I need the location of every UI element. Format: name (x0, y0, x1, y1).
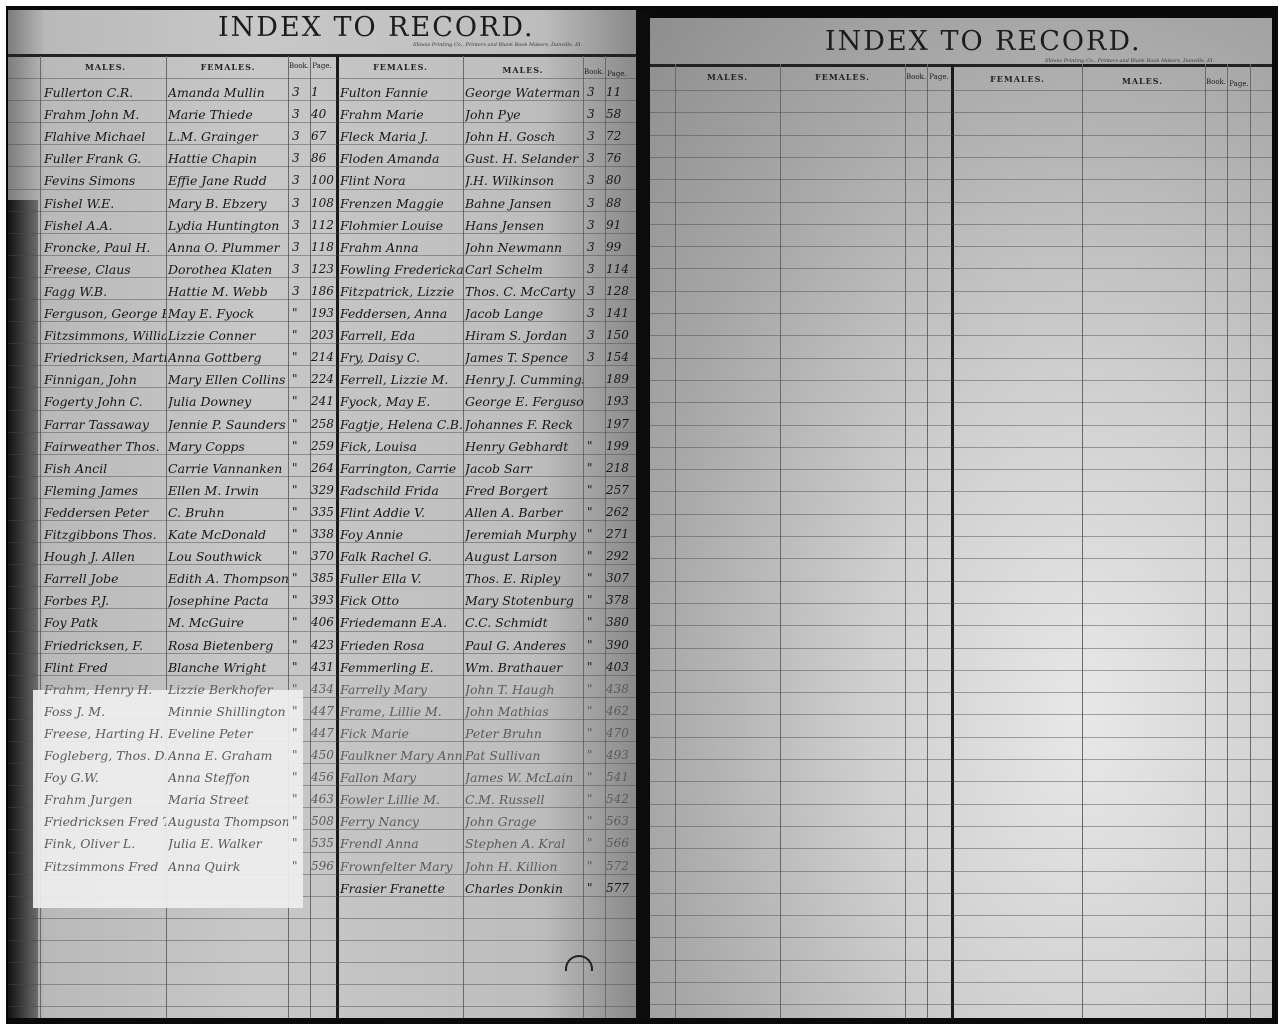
book-number: 3 (587, 350, 603, 364)
header-page: Page. (927, 73, 951, 81)
male-name: Fitzsimmons Fred (44, 859, 166, 874)
book-number: " (292, 748, 308, 762)
male-name: Fevins Simons (44, 173, 166, 188)
ruled-line (650, 804, 1272, 805)
male-name: Thos. C. McCarty (465, 284, 583, 299)
ruled-line (650, 202, 1272, 203)
male-name: Hans Jensen (465, 218, 583, 233)
ruled-line (650, 335, 1272, 336)
table-row: Fevins SimonsEffie Jane Rudd3100Flint No… (8, 173, 636, 195)
male-name: Fullerton C.R. (44, 85, 166, 100)
male-name: Freese, Claus (44, 262, 166, 277)
female-name: Fadschild Frida (340, 483, 464, 498)
ruled-line (650, 871, 1272, 872)
book-number: 3 (587, 85, 603, 99)
female-name: M. McGuire (168, 615, 288, 630)
ruled-line (650, 603, 1272, 604)
book-number: " (587, 571, 603, 585)
page-number: 403 (606, 660, 634, 674)
book-number: 3 (292, 218, 308, 232)
female-name: Blanche Wright (168, 660, 288, 675)
male-name: Fink, Oliver L. (44, 836, 166, 851)
page-number: 438 (606, 682, 634, 696)
page-number: 385 (311, 571, 337, 585)
book-number: " (587, 615, 603, 629)
column-rule (1250, 64, 1251, 1018)
female-name: Anna E. Graham (168, 748, 288, 763)
ruled-line (650, 157, 1272, 158)
female-name: Lizzie Berkhofer (168, 682, 288, 697)
male-name: C.C. Schmidt (465, 615, 583, 630)
page-number: 463 (311, 792, 337, 806)
header-book-2: Book. (583, 68, 605, 76)
male-name: Fitzgibbons Thos. (44, 527, 166, 542)
page-number: 86 (311, 151, 337, 165)
book-number: " (292, 726, 308, 740)
book-number: " (587, 527, 603, 541)
book-number: " (587, 549, 603, 563)
book-number: " (292, 792, 308, 806)
ruled-line (650, 402, 1272, 403)
female-name: Frenzen Maggie (340, 196, 464, 211)
ruled-line (650, 893, 1272, 894)
page-number: 154 (606, 350, 634, 364)
ruled-line (650, 313, 1272, 314)
book-number: " (292, 328, 308, 342)
header-females-2: FEMALES. (338, 62, 463, 72)
ruled-line (650, 937, 1272, 938)
female-name: Effie Jane Rudd (168, 173, 288, 188)
book-number: " (292, 372, 308, 386)
page-number: 67 (311, 129, 337, 143)
female-name: Jennie P. Saunders (168, 417, 288, 432)
page-number: 390 (606, 638, 634, 652)
female-name: Julia E. Walker (168, 836, 288, 851)
page-number: 406 (311, 615, 337, 629)
header-males-2: MALES. (1080, 76, 1205, 86)
female-name: Fleck Maria J. (340, 129, 464, 144)
ruled-line (650, 447, 1272, 448)
table-row: Fagg W.B.Hattie M. Webb3186Fitzpatrick, … (8, 284, 636, 306)
page-number: 203 (311, 328, 337, 342)
page-number: 577 (606, 881, 634, 895)
male-name: Peter Bruhn (465, 726, 583, 741)
book-number: " (292, 770, 308, 784)
table-row: Foss J. M.Minnie Shillington"447Frame, L… (8, 704, 636, 726)
table-row: Fullerton C.R.Amanda Mullin31Fulton Fann… (8, 85, 636, 107)
table-row: Frasier FranetteCharles Donkin"577 (8, 881, 636, 903)
female-name: Frasier Franette (340, 881, 464, 896)
table-row: Flint FredBlanche Wright"431Femmerling E… (8, 660, 636, 682)
table-row: Frahm, Henry H.Lizzie Berkhofer"434Farre… (8, 682, 636, 704)
male-name: John H. Gosch (465, 129, 583, 144)
column-rule (1082, 64, 1083, 1018)
female-name: Frahm Anna (340, 240, 464, 255)
female-name: Fitzpatrick, Lizzie (340, 284, 464, 299)
male-name: Feddersen Peter (44, 505, 166, 520)
page-number: 434 (311, 682, 337, 696)
male-name: Fred Borgert (465, 483, 583, 498)
ruled-line (650, 915, 1272, 916)
right-ledger-page: INDEX TO RECORD. Illinois Printing Co., … (650, 18, 1272, 1018)
male-name: Jacob Sarr (465, 461, 583, 476)
female-name: Carrie Vannanken (168, 461, 288, 476)
book-number: " (292, 638, 308, 652)
book-number: 3 (587, 328, 603, 342)
book-number: " (292, 704, 308, 718)
book-number: " (292, 461, 308, 475)
ruled-line (650, 848, 1272, 849)
table-row: Friedricksen, F.Rosa Bietenberg"423Fried… (8, 638, 636, 660)
book-number: " (587, 483, 603, 497)
male-name: Foss J. M. (44, 704, 166, 719)
page-number: 99 (606, 240, 634, 254)
page-number: 214 (311, 350, 337, 364)
table-row: Fairweather Thos.Mary Copps"259Fick, Lou… (8, 439, 636, 461)
book-number: 3 (587, 262, 603, 276)
book-number: 3 (292, 107, 308, 121)
ruled-line (650, 469, 1272, 470)
header-males-2: MALES. (463, 65, 583, 75)
ruled-line (8, 1006, 636, 1007)
page-number: 456 (311, 770, 337, 784)
printer-imprint: Illinois Printing Co., Printers and Blan… (413, 42, 582, 48)
female-name: Falk Rachel G. (340, 549, 464, 564)
book-number: 3 (292, 262, 308, 276)
ruled-line (650, 179, 1272, 180)
page-number: 218 (606, 461, 634, 475)
female-name: Hattie Chapin (168, 151, 288, 166)
book-number: " (587, 638, 603, 652)
female-name: Mary Ellen Collins (168, 372, 288, 387)
female-name: Fuller Ella V. (340, 571, 464, 586)
male-name: Carl Schelm (465, 262, 583, 277)
female-name: Fulton Fannie (340, 85, 464, 100)
column-rule (1227, 64, 1228, 1018)
book-number: " (587, 726, 603, 740)
book-number: 3 (292, 129, 308, 143)
column-rule (905, 64, 906, 1018)
ruled-line (650, 112, 1272, 113)
male-name: Wm. Brathauer (465, 660, 583, 675)
male-name: Fairweather Thos. (44, 439, 166, 454)
page-number: 447 (311, 726, 337, 740)
center-column-rule (951, 64, 954, 1018)
column-rule (927, 64, 928, 1018)
female-name: Fry, Daisy C. (340, 350, 464, 365)
female-name: Flint Addie V. (340, 505, 464, 520)
book-number: " (292, 350, 308, 364)
female-name: Eveline Peter (168, 726, 288, 741)
page-number: 307 (606, 571, 634, 585)
female-name: Lizzie Conner (168, 328, 288, 343)
page-number: 493 (606, 748, 634, 762)
table-row: Foy PatkM. McGuire"406Friedemann E.A.C.C… (8, 615, 636, 637)
book-number: 3 (587, 107, 603, 121)
female-name: Lou Southwick (168, 549, 288, 564)
page-number: 423 (311, 638, 337, 652)
female-name: Frame, Lillie M. (340, 704, 464, 719)
page-number: 72 (606, 129, 634, 143)
book-number: 3 (587, 196, 603, 210)
table-row: Frahm JurgenMaria Street"463Fowler Lilli… (8, 792, 636, 814)
female-name: Ellen M. Irwin (168, 483, 288, 498)
header-page: Page. (310, 62, 334, 70)
header-page-2: Page. (1227, 80, 1251, 88)
page-number: 40 (311, 107, 337, 121)
female-name: Minnie Shillington (168, 704, 288, 719)
ruled-line (650, 246, 1272, 247)
ruled-line (650, 90, 1272, 91)
page-number: 112 (311, 218, 337, 232)
table-row: Fitzsimmons FredAnna Quirk"596Frownfelte… (8, 859, 636, 881)
male-name: Ferguson, George E. (44, 306, 166, 321)
book-number: 3 (292, 151, 308, 165)
table-row: Fogerty John C.Julia Downey"241Fyock, Ma… (8, 394, 636, 416)
page-number: 329 (311, 483, 337, 497)
table-row: Friedricksen Fred T.Augusta Thompson"508… (8, 814, 636, 836)
book-number: " (292, 836, 308, 850)
ruled-line (650, 960, 1272, 961)
page-number: 380 (606, 615, 634, 629)
page-number: 462 (606, 704, 634, 718)
ruled-line (650, 714, 1272, 715)
book-number: " (292, 505, 308, 519)
book-number: " (587, 770, 603, 784)
book-number: " (587, 660, 603, 674)
page-number: 535 (311, 836, 337, 850)
page-number: 114 (606, 262, 634, 276)
male-name: Fuller Frank G. (44, 151, 166, 166)
book-number: " (292, 549, 308, 563)
male-name: Fogleberg, Thos. D. (44, 748, 166, 763)
page-title: INDEX TO RECORD. (825, 26, 1142, 57)
book-number: " (587, 439, 603, 453)
female-name: Feddersen, Anna (340, 306, 464, 321)
male-name: Fitzsimmons, William (44, 328, 166, 343)
page-number: 541 (606, 770, 634, 784)
male-name: John Newmann (465, 240, 583, 255)
table-row: Feddersen PeterC. Bruhn"335Flint Addie V… (8, 505, 636, 527)
female-name: Fick Marie (340, 726, 464, 741)
ruled-line (650, 558, 1272, 559)
male-name: Flahive Michael (44, 129, 166, 144)
page-number: 186 (311, 284, 337, 298)
header-females-2: FEMALES. (955, 74, 1080, 84)
female-name: Anna O. Plummer (168, 240, 288, 255)
header-book-2: Book. (1205, 78, 1227, 86)
female-name: Julia Downey (168, 394, 288, 409)
page-number: 257 (606, 483, 634, 497)
male-name: Froncke, Paul H. (44, 240, 166, 255)
male-name: Paul G. Anderes (465, 638, 583, 653)
page-number: 335 (311, 505, 337, 519)
female-name: Floden Amanda (340, 151, 464, 166)
table-row: Finnigan, JohnMary Ellen Collins"224Ferr… (8, 372, 636, 394)
ruled-line (650, 670, 1272, 671)
page-number: 258 (311, 417, 337, 431)
male-name: John T. Haugh (465, 682, 583, 697)
page-number: 80 (606, 173, 634, 187)
book-number: " (587, 704, 603, 718)
male-name: Frahm, Henry H. (44, 682, 166, 697)
page-number: 11 (606, 85, 634, 99)
ruled-line (650, 581, 1272, 582)
male-name: Fish Ancil (44, 461, 166, 476)
female-name: Anna Steffon (168, 770, 288, 785)
female-name: Flint Nora (340, 173, 464, 188)
male-name: Fagg W.B. (44, 284, 166, 299)
ruled-line (650, 491, 1272, 492)
ruled-line (650, 380, 1272, 381)
male-name: Foy G.W. (44, 770, 166, 785)
table-row: Farrar TassawayJennie P. Saunders"258Fag… (8, 417, 636, 439)
female-name: Farrelly Mary (340, 682, 464, 697)
male-name: Farrell Jobe (44, 571, 166, 586)
male-name: Mary Stotenburg (465, 593, 583, 608)
book-number: " (292, 660, 308, 674)
table-row: Fleming JamesEllen M. Irwin"329Fadschild… (8, 483, 636, 505)
header-males: MALES. (675, 72, 780, 82)
page-number: 378 (606, 593, 634, 607)
male-name: Jacob Lange (465, 306, 583, 321)
female-name: Edith A. Thompson (168, 571, 288, 586)
female-name: Fick Otto (340, 593, 464, 608)
page-number: 292 (606, 549, 634, 563)
book-number: 3 (292, 85, 308, 99)
male-name: Stephen A. Kral (465, 836, 583, 851)
ruled-line (8, 918, 636, 919)
header-males: MALES. (43, 62, 168, 72)
table-row: Ferguson, George E.May E. Fyock"193Fedde… (8, 306, 636, 328)
book-number: " (587, 814, 603, 828)
female-name: May E. Fyock (168, 306, 288, 321)
table-row: Fuller Frank G.Hattie Chapin386Floden Am… (8, 151, 636, 173)
page-number: 431 (311, 660, 337, 674)
male-name: Fleming James (44, 483, 166, 498)
female-name: Frahm Marie (340, 107, 464, 122)
female-name: Fick, Louisa (340, 439, 464, 454)
table-row: Hough J. AllenLou Southwick"370Falk Rach… (8, 549, 636, 571)
ruled-line (650, 224, 1272, 225)
ruled-line (650, 425, 1272, 426)
book-number: " (292, 814, 308, 828)
column-rule (780, 64, 781, 1018)
female-name: Rosa Bietenberg (168, 638, 288, 653)
male-name: Frahm John M. (44, 107, 166, 122)
book-number: 3 (292, 196, 308, 210)
page-number: 189 (606, 372, 634, 386)
table-row: Fink, Oliver L.Julia E. Walker"535Frendl… (8, 836, 636, 858)
table-row: Freese, Harting H.Eveline Peter"447Fick … (8, 726, 636, 748)
page-number: 193 (606, 394, 634, 408)
table-row: Farrell JobeEdith A. Thompson"385Fuller … (8, 571, 636, 593)
female-name: Dorothea Klaten (168, 262, 288, 277)
header-rule (8, 54, 636, 57)
ruled-line (8, 940, 636, 941)
female-name: Foy Annie (340, 527, 464, 542)
page-number: 91 (606, 218, 634, 232)
page-number: 118 (311, 240, 337, 254)
header-book: Book. (288, 62, 310, 70)
book-number: " (587, 792, 603, 806)
female-name: L.M. Grainger (168, 129, 288, 144)
page-number: 338 (311, 527, 337, 541)
male-name: Gust. H. Selander (465, 151, 583, 166)
book-number: " (292, 571, 308, 585)
ruled-line (650, 982, 1272, 983)
header-book: Book. (905, 73, 927, 81)
page-number: 450 (311, 748, 337, 762)
male-name: Hiram S. Jordan (465, 328, 583, 343)
ruled-line (650, 692, 1272, 693)
female-name: Mary B. Ebzery (168, 196, 288, 211)
male-name: Pat Sullivan (465, 748, 583, 763)
female-name: Ferry Nancy (340, 814, 464, 829)
book-number: 3 (587, 129, 603, 143)
table-row: Fitzgibbons Thos.Kate McDonald"338Foy An… (8, 527, 636, 549)
female-name: Anna Quirk (168, 859, 288, 874)
page-number: 259 (311, 439, 337, 453)
ruled-line (8, 984, 636, 985)
male-name: Finnigan, John (44, 372, 166, 387)
table-row: Fishel A.A.Lydia Huntington3112Flohmier … (8, 218, 636, 240)
female-name: Fyock, May E. (340, 394, 464, 409)
male-name: John Grage (465, 814, 583, 829)
header-females: FEMALES. (780, 72, 905, 82)
female-name: Flohmier Louise (340, 218, 464, 233)
page-number: 470 (606, 726, 634, 740)
female-name: Friedemann E.A. (340, 615, 464, 630)
page-number: 199 (606, 439, 634, 453)
male-name: Frahm Jurgen (44, 792, 166, 807)
page-number: 58 (606, 107, 634, 121)
page-number: 197 (606, 417, 634, 431)
book-number: 3 (292, 240, 308, 254)
female-name: Mary Copps (168, 439, 288, 454)
male-name: John Mathias (465, 704, 583, 719)
female-name: Hattie M. Webb (168, 284, 288, 299)
female-name: C. Bruhn (168, 505, 288, 520)
male-name: George Waterman (465, 85, 583, 100)
book-number: " (292, 682, 308, 696)
table-row: Foy G.W.Anna Steffon"456Fallon MaryJames… (8, 770, 636, 792)
male-name: George E. Ferguson (465, 394, 583, 409)
column-rule (1205, 64, 1206, 1018)
ruled-line (650, 536, 1272, 537)
female-name: Lydia Huntington (168, 218, 288, 233)
male-name: Freese, Harting H. (44, 726, 166, 741)
book-number: " (292, 527, 308, 541)
ruled-line (650, 268, 1272, 269)
page-number: 1 (311, 85, 337, 99)
book-number: " (587, 836, 603, 850)
male-name: Henry Gebhardt (465, 439, 583, 454)
female-name: Augusta Thompson (168, 814, 288, 829)
male-name: Forbes P.J. (44, 593, 166, 608)
header-females: FEMALES. (168, 62, 288, 72)
page-number: 370 (311, 549, 337, 563)
female-name: Fowler Lillie M. (340, 792, 464, 807)
ruled-line (650, 826, 1272, 827)
page-number: 128 (606, 284, 634, 298)
page-number: 563 (606, 814, 634, 828)
page-number: 241 (311, 394, 337, 408)
female-name: Ferrell, Lizzie M. (340, 372, 464, 387)
male-name: Jeremiah Murphy (465, 527, 583, 542)
ruled-line (650, 514, 1272, 515)
ruled-line (650, 1004, 1272, 1005)
